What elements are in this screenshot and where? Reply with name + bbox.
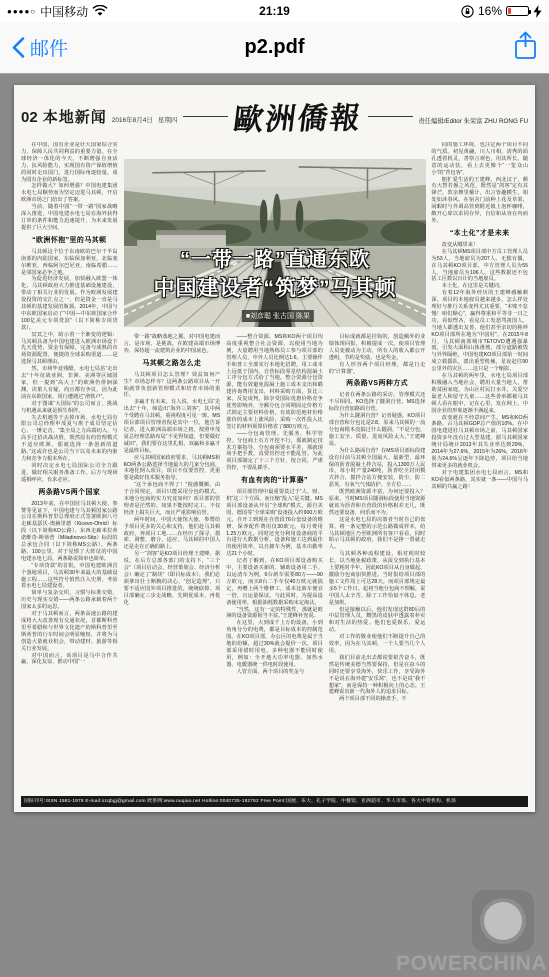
status-bar: ●●●●○ 中国移动 21:19 16% <box>0 0 549 22</box>
powerchina-logo <box>472 890 534 952</box>
charging-bolt-icon <box>533 5 542 18</box>
article-paragraph: 为促进经济发展，加快融入欧盟一体化，马其顿政府大力推进基础设施建设，带动了相关行… <box>21 276 118 331</box>
article-paragraph: 在马其顿的两年里，水电七局项目部积极融入当地社会，聘用大量当地人，帮助贫困家庭，… <box>431 373 528 414</box>
article-paragraph: 然，市场毕竟残酷，水电七局虽“走出去”十年征战亚洲、非洲、美洲等区域国家，但一提… <box>21 366 118 401</box>
article-paragraph: 对工作的敬业使他们不断提升自己的效率，因为在马其顿，一个人要当几个人用。 <box>329 634 426 655</box>
article-paragraph: 同时决定水电七局国际公司全力跟进，做好相关服务准备工作。后方与现场遥相呼应，有求… <box>21 463 118 484</box>
article-paragraph: 两年时间，中国大使馆大使、参赞给予项目更多的关心和支持，他们赴马其顿政府，奔项目… <box>124 517 221 552</box>
article-paragraph: 在中国，国有企业是壮大国家综合实力、保障人民共同利益的重要力量。在全球经济一体化… <box>21 142 118 183</box>
article-paragraph: 对于电建集团水电七局而言，MS和KO看似两条路，其实就一条——中国与马其顿的共赢… <box>431 470 528 491</box>
article-paragraph: 对于马其顿而言，两条高速公路的建成将大大改善现有交通状况，首都斯科普里至希腊和与… <box>21 611 118 652</box>
header-rule-right <box>368 116 413 117</box>
nav-bar: 邮件 p2.pdf <box>0 22 549 74</box>
article-paragraph: 有着12年海外经历的王建峰感触颇深。项目的本地雇员越来越多，怎么样处理好与推行关… <box>431 290 528 373</box>
back-button[interactable]: 邮件 <box>12 34 68 61</box>
pdf-viewer-scroll-area[interactable]: 02 本地新闻 2016年8月4日 星期四 歐洲僑報 责任编辑/Editor 朱… <box>0 75 549 977</box>
article-paragraph: “专项贷款”的首批，中国电建欧洲首个落地项目，马其顿30年来最大的基础设施工程…… <box>21 563 118 591</box>
article-paragraph: ——分包商管理。先服务，科学管控。分包商土石方开挖不行，那就制定技术方案指导，分… <box>226 431 323 472</box>
article-paragraph: 但是接触以后，他们发现这群80后的中层管理人员，黝黑的皮肤中透露着朴实和对生活的… <box>329 607 426 635</box>
newspaper-date: 2016年8月4日 <box>112 115 153 124</box>
powerchina-watermark-text: POWERCHINA <box>396 952 547 976</box>
newspaper-weekday: 星期四 <box>158 115 178 124</box>
article-paragraph: 改变从哪里来！ <box>431 242 528 249</box>
article-paragraph: “当然，这有一定的特殊性，那就是欧洲的设备资源相当丰富。”王建峰补充说。 <box>226 607 323 621</box>
article-paragraph: 同的施工环境，也注定两个项目不同的气质。初见黄翮，川人川相，清秀的面孔透着机灵，… <box>431 142 528 177</box>
editor-credit: 责任编辑/Editor 朱荣富 ZHU RONG FU <box>419 108 529 125</box>
article-paragraph: 目标成就都是挂钩的，创造额外的业绩体现回报，积极提成一次。使项目管理人员变被动为… <box>329 334 426 362</box>
photo-headline-line2: 中国建设者“筑梦”马其顿 <box>124 272 426 302</box>
article-paragraph: 项目部管理中最重要莫过于“人、财、机”这三个方面。而压缩“投入”是关键。MS项目… <box>226 489 323 558</box>
newspaper-section-title: 本地新闻 <box>43 106 107 127</box>
article-column-1: 在中国，国有企业是壮大国家综合实力、保障人民共同利益的重要力量。在全球经济一体化… <box>21 142 118 792</box>
header-rule-left <box>183 116 228 117</box>
share-button[interactable] <box>514 31 537 65</box>
battery-percent-label: 16% <box>478 4 502 18</box>
article-paragraph: 另一“剑客”是KO项目经理王建峰，据说，在后方总部各部门的支持下，“三个会”（项… <box>124 551 221 606</box>
article-paragraph: 冥冥之中，暗示着一个渐变的逻辑：马其顿具备为中国电建进入欧洲市场设下先天优势，资… <box>21 332 118 367</box>
article-paragraph: 在马其顿MS项目部中方员工管理人员为53人，当地雇员为207人。无独有偶，在马其… <box>431 249 528 284</box>
article-paragraph: 2013年底，在中国驻马其顿大使、参赞等见证下，中国电建与马其顿国家公路公司在斯… <box>21 501 118 563</box>
carrier-label: 中国移动 <box>40 3 88 20</box>
article-paragraph: ——整合资源。MS和KO两个项目均高度重视整合社会资源，以使用当地为例，大量聘用… <box>226 334 323 431</box>
article-paragraph: 改变就在不经意间产生。MS和KO两条路，占马其顿GDP总产值的10%。在中国电建… <box>431 415 528 470</box>
newspaper-header: 02 本地新闻 2016年8月4日 星期四 歐洲僑報 责任编辑/Editor 朱… <box>21 93 528 139</box>
article-subheading: 有血有肉的“计算器” <box>226 477 323 485</box>
share-icon <box>514 31 537 60</box>
article-paragraph: 为什么隧洞自营？记者疑惑，KO项目部自营和分包比是2:8。原来马其顿的一流分包商… <box>329 413 426 448</box>
article-paragraph: 在这里，大到成千上万的设备，小到角角分分的电费，都是目标成本的控制范围。在KO项… <box>226 620 323 668</box>
article-paragraph: 有人形容两个项目经理，都是行走的“计算器”。 <box>329 362 426 376</box>
article-subheading: 两条路VS两种方式 <box>329 380 426 388</box>
document-title: p2.pdf <box>0 36 549 59</box>
article-paragraph: 记者在两条公路的采访，管理模式还不尽相同。KO选择了隧洞自营，MS选择标段自营加… <box>329 392 426 413</box>
article-paragraph: 粗犷爱生活的王建峰，西北汉子，颇有大智若愚之风范，既然是“剑客”定有其锋芒，敦亲… <box>431 177 528 225</box>
signal-strength-icon: ●●●●○ <box>7 7 36 16</box>
lead-photo: “一带一路”直通东欧 中国建设者“筑梦”马其顿 ■刘彦聪 张古国 陈果 <box>124 159 426 327</box>
newspaper-page-number: 02 <box>21 109 38 126</box>
article-subheading: “本土化”才是未来 <box>431 230 528 238</box>
article-paragraph: 带一路”战略落地之翼。对中国电建而言，是市场，是挑战，在欧建高端市场博弈，保持超… <box>124 334 221 355</box>
chevron-left-icon <box>12 37 25 58</box>
article-subheading: 马其顿之路怎么走 <box>124 360 221 368</box>
article-paragraph: 失去机遇等于丢掉市场，水电七局有限公司总经理申茂夏与班子成员坚定信心、一锤定音，… <box>21 415 118 463</box>
article-subheading: 两条路VS两个国家 <box>21 489 118 497</box>
photo-headline-line1: “一带一路”直通东欧 <box>124 243 426 272</box>
article-paragraph: 两个项目部不同的操盘手，不 <box>329 696 426 703</box>
article-subheading: “欧洲怀抱”里的马其顿 <box>21 237 118 245</box>
article-paragraph: 应马其顿国家政府要求，马其顿MS和KO两条公路选择当地最大的几家分包商，本地化倒… <box>124 455 221 483</box>
article-paragraph: 为什么路面自营？在MS项目部标段建设有目前马其顿全国最大、最新型、最环保的沥青混… <box>329 448 426 489</box>
pdf-page: 02 本地新闻 2016年8月4日 星期四 歐洲僑報 责任编辑/Editor 朱… <box>14 85 535 812</box>
article-paragraph: 记者了解到，在KO项目部设备购买中，主要设备买新的、辅助设备用二手。以运渣车为例… <box>226 558 323 606</box>
photo-byline: ■刘彦聪 张古国 陈果 <box>242 310 314 322</box>
article-paragraph: 对于图谋“大国际”的公司而言，挑战与机遇从来就是相生相伴。 <box>21 401 118 415</box>
article-paragraph: 这是水电七局的决策者当时自己的盘算，将一条完整的示范公路做成样本，给马其顿地区乃… <box>329 517 426 552</box>
article-paragraph: 既然欧洲资源丰富，为何还要投入？原来，当时MS项目隧洞标段使用当地资源就该为沥青… <box>329 489 426 517</box>
back-button-label: 邮件 <box>30 34 68 61</box>
article-body: 在中国，国有企业是壮大国家综合实力、保障人民共同利益的重要力量。在全球经济一体化… <box>21 139 528 792</box>
battery-icon <box>506 6 529 16</box>
article-paragraph: 多赢才有未来。有人说，水电七局“走出去”十年，缔造出“海外三剑客”，其中两个受聘… <box>124 399 221 454</box>
wifi-icon <box>92 5 108 17</box>
article-paragraph: 马其顿各种流程建设，相对耗时较长，以当地免税政策，从报交到执行基本上要耗时半年。… <box>329 551 426 606</box>
article-paragraph: 对中国而言，该项目是马中合作共赢、深化友谊、推动中国“一 <box>21 653 118 667</box>
orientation-lock-icon <box>461 5 474 18</box>
article-paragraph: 我们目前走出去都说要艰苦奋斗，既然是传统美德当然要保持，但是在奋斗的同时还要享受… <box>329 655 426 696</box>
article-paragraph: “这个承包商不得了！”倪感慨颇，由于合同规定，项目只能采用分包的模式，本地分包商… <box>124 482 221 517</box>
article-column-5: 同的施工环境，也注定两个项目不同的气质。初见黄翮，川人川相，清秀的面孔透着机灵，… <box>431 142 528 792</box>
article-paragraph: 当前，随着中国“一带一路”国家战略深入推进，中国电建水电七局在海外获得订单的条件… <box>21 204 118 232</box>
newspaper-masthead: 歐洲僑報 <box>231 93 365 139</box>
article-paragraph: 人管方面，两个项目的奖金与 <box>226 669 323 676</box>
article-paragraph: 怎样做大？如何增强？中国电建集团水电七局顺势而为坚定迈进马其顿，开启欧洲市场之门… <box>21 183 118 204</box>
article-paragraph: 马其顿这个位于东南欧的巴尔干半岛南部的内陆国家，东临保加利亚，北临塞尔维亚，西临… <box>21 249 118 277</box>
article-paragraph: 马其顿项目怎么管理？效益如何产生？市场怎样夯？这两条公路项目从一开始就背负创新管… <box>124 372 221 400</box>
newspaper-footer-info: 国际刊号:ISSN 1581-1978 E-mail:ozqbgj@gmail.… <box>21 796 528 807</box>
article-paragraph: 简单与复杂交织，习惯与标准交错，历史与现实交错——两条公路承载着两个国家太多的运… <box>21 590 118 611</box>
